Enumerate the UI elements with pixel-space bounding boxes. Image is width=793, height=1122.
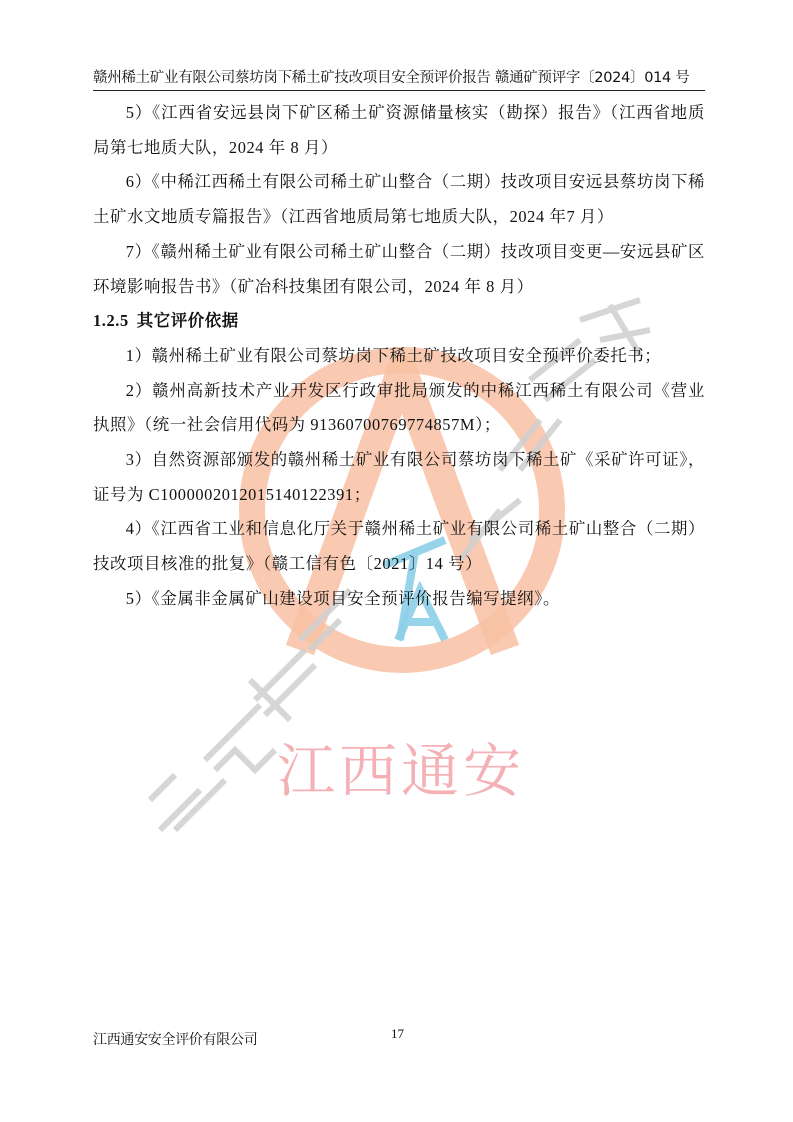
page-number: 17	[391, 1026, 404, 1042]
reference-6-text-3: 7 月）	[566, 207, 613, 226]
basis-item-2: 2）赣州高新技术产业开发区行政审批局颁发的中稀江西稀土有限公司《营业执照》（统一…	[93, 374, 705, 443]
reference-6-text-1: 6）《中稀江西稀土有限公司稀土矿山整合（二期）技改项目安远县蔡	[126, 172, 637, 191]
footer-company: 江西通安安全评价有限公司	[93, 1029, 257, 1049]
reference-7-text-1: 7）《赣州稀土矿业有限公司稀土矿山整合（二期）技改项目变更—安	[126, 242, 637, 261]
basis-5-text: 5）《金属非金属矿山建设项目安全预评价报告编写提纲》。	[126, 589, 560, 608]
reference-item-7: 7）《赣州稀土矿业有限公司稀土矿山整合（二期）技改项目变更—安远县矿区环境影响报…	[93, 235, 705, 304]
basis-2-text-1: 2）赣州高新技术产业开发区行政审批局颁发的中稀江西稀土有限公司	[126, 381, 654, 400]
document-page: 江西通安 赣州稀土矿业有限公司蔡坊岗下稀土矿技改项目安全预评价报告 赣通矿预评字…	[0, 0, 793, 1122]
basis-item-4: 4）《江西省工业和信息化厅关于赣州稀土矿业有限公司稀土矿山整合（二期）技改项目核…	[93, 512, 705, 581]
reference-5-text-1: 5）《江西省安远县岗下矿区稀土矿资源储量核实（勘探）报告》（江	[126, 103, 636, 122]
basis-item-1: 1）赣州稀土矿业有限公司蔡坊岗下稀土矿技改项目安全预评价委托书；	[93, 339, 705, 374]
basis-3-text-1: 3）自然资源部颁发的赣州稀土矿业有限公司蔡坊岗下稀土矿《采矿许	[126, 450, 645, 469]
reference-item-5: 5）《江西省安远县岗下矿区稀土矿资源储量核实（勘探）报告》（江西省地质局第七地质…	[93, 96, 705, 165]
header-divider	[93, 90, 705, 91]
watermark-red-text: 江西通安	[277, 724, 525, 808]
basis-item-3: 3）自然资源部颁发的赣州稀土矿业有限公司蔡坊岗下稀土矿《采矿许可证》，证号为 C…	[93, 443, 705, 512]
section-title: 其它评价依据	[137, 311, 239, 330]
basis-1-text: 1）赣州稀土矿业有限公司蔡坊岗下稀土矿技改项目安全预评价委托书；	[126, 346, 662, 365]
page-body: 5）《江西省安远县岗下矿区稀土矿资源储量核实（勘探）报告》（江西省地质局第七地质…	[93, 96, 705, 617]
section-heading: 1.2.5其它评价依据	[93, 304, 705, 339]
basis-item-5: 5）《金属非金属矿山建设项目安全预评价报告编写提纲》。	[93, 582, 705, 617]
section-number: 1.2.5	[93, 311, 129, 330]
reference-item-6: 6）《中稀江西稀土有限公司稀土矿山整合（二期）技改项目安远县蔡坊岗下稀土矿水文地…	[93, 165, 705, 234]
basis-4-text-1: 4）《江西省工业和信息化厅关于赣州稀土矿业有限公司稀土矿山整合	[126, 519, 637, 538]
page-header: 赣州稀土矿业有限公司蔡坊岗下稀土矿技改项目安全预评价报告 赣通矿预评字〔2024…	[93, 66, 708, 87]
